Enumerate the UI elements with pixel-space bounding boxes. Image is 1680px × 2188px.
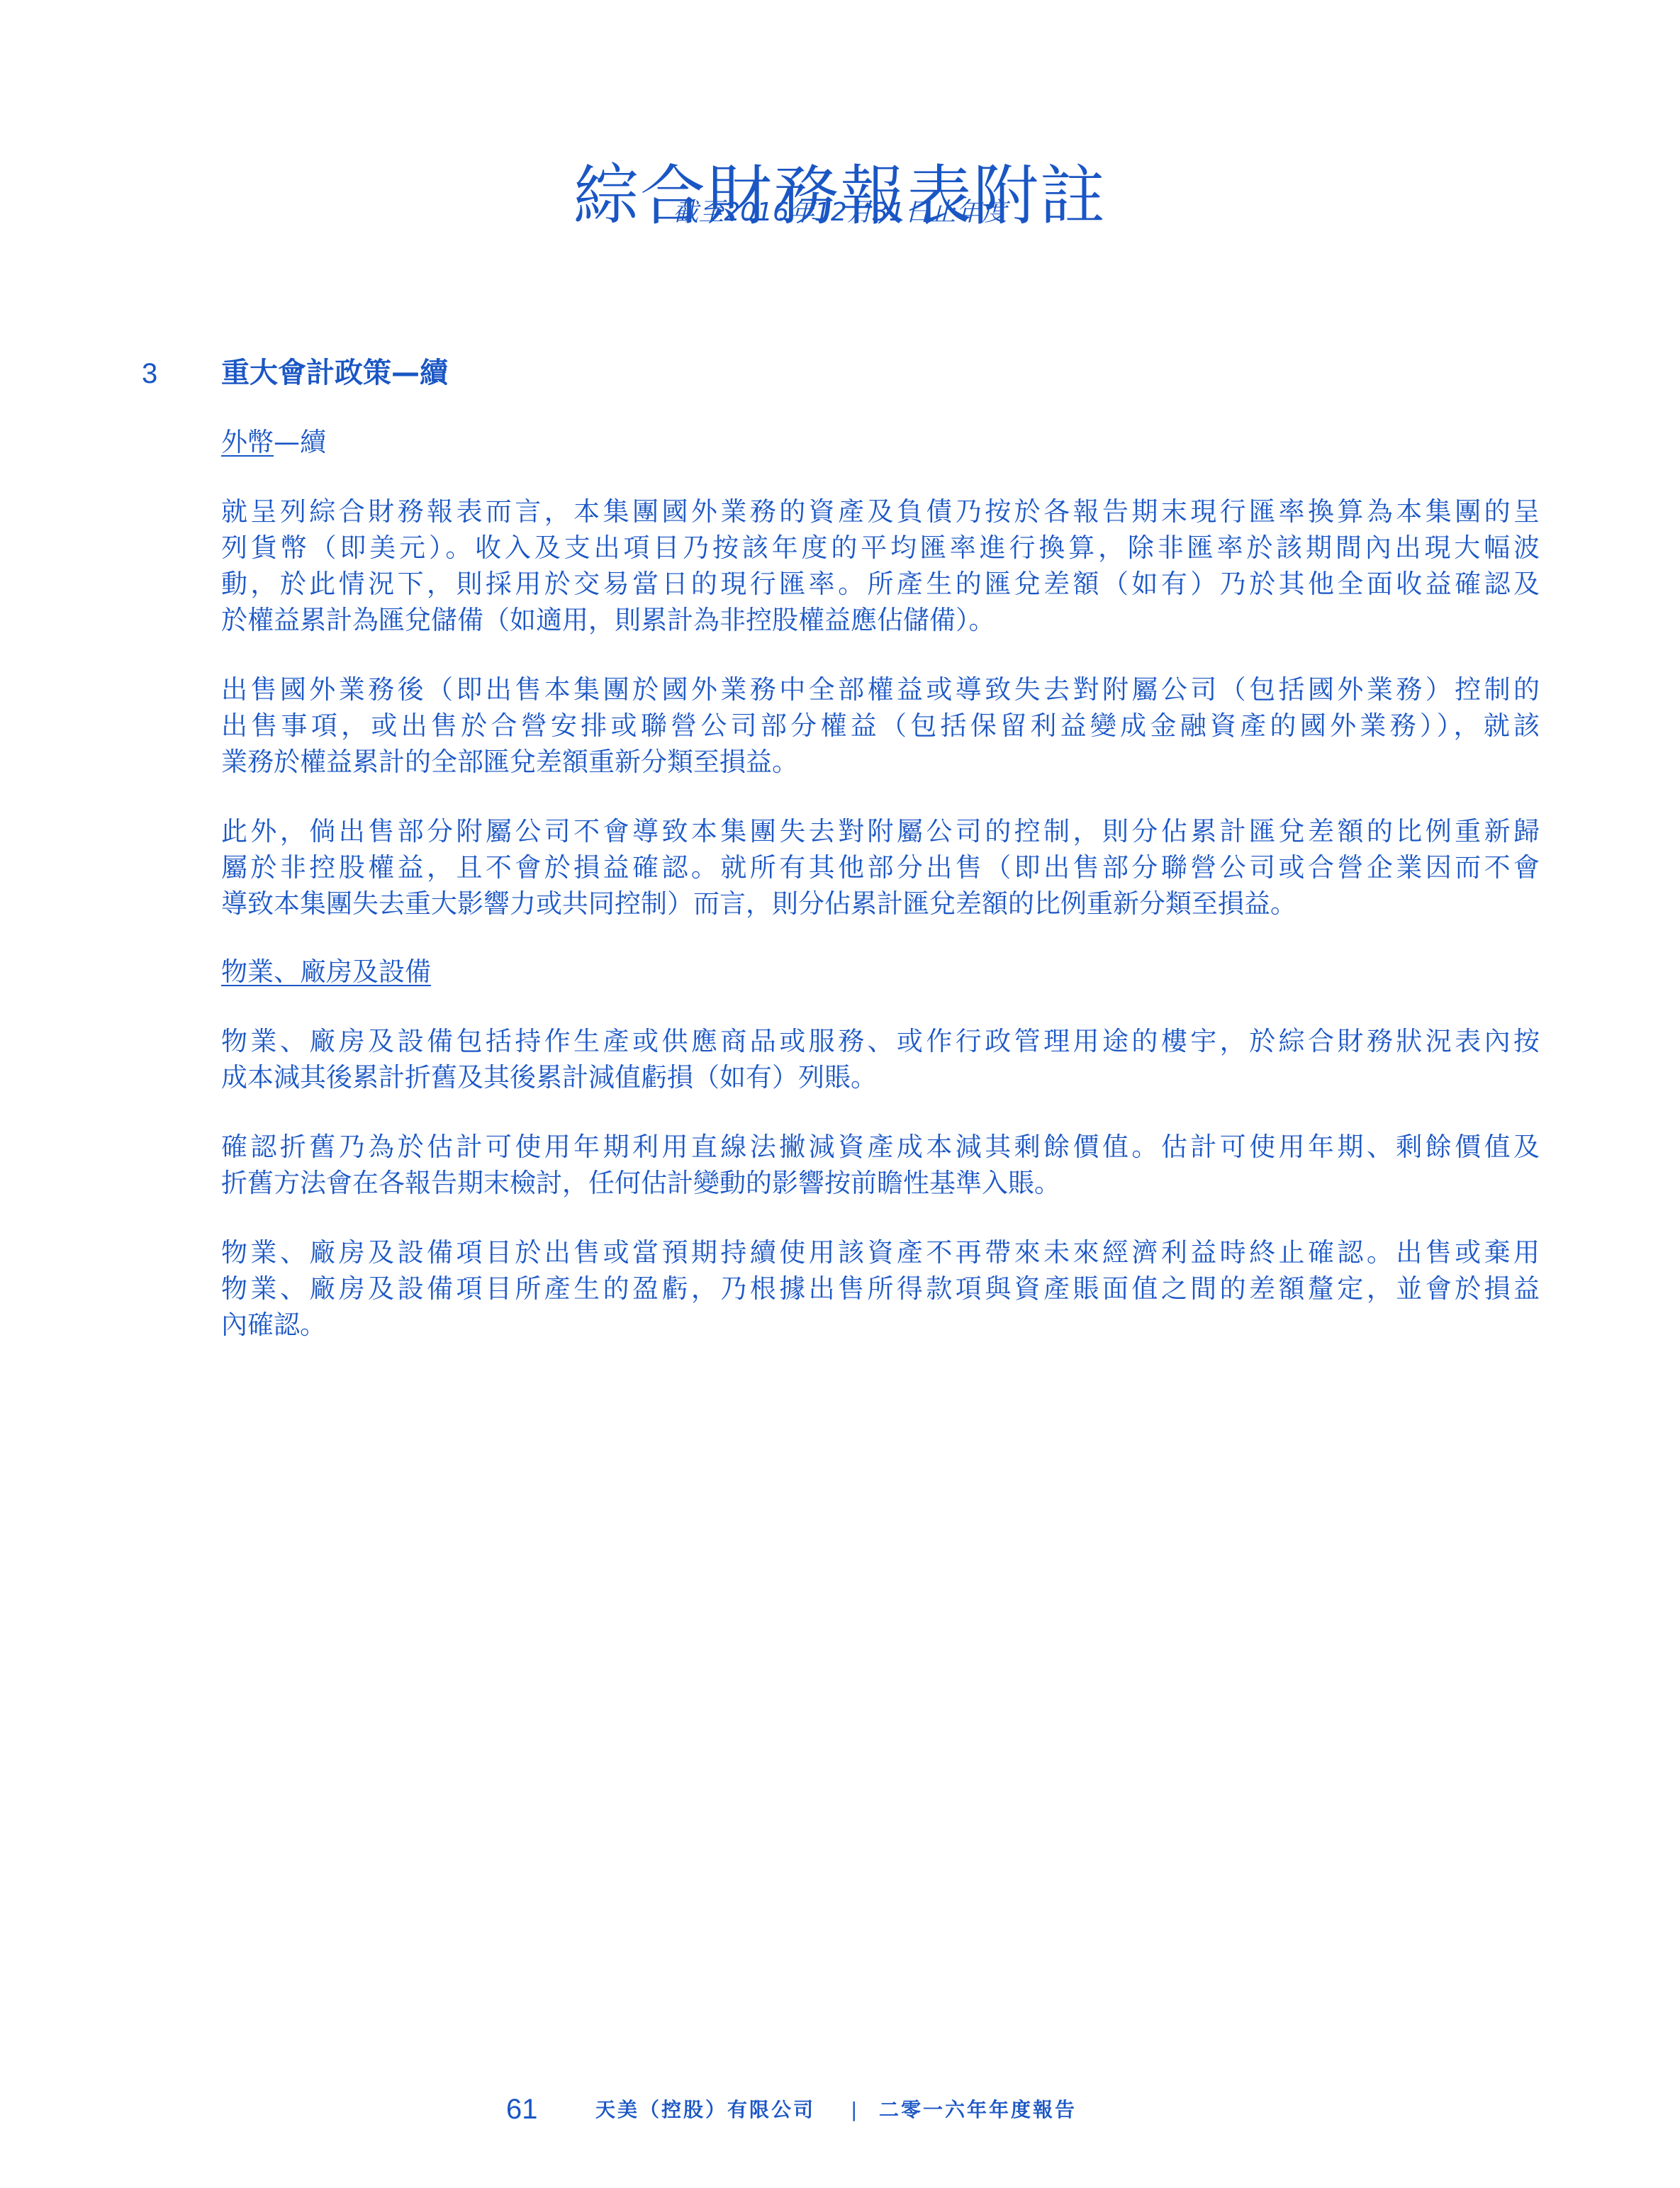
footer-separator: | bbox=[851, 2096, 857, 2124]
subsection-heading-underlined: 物業、廠房及設備 bbox=[221, 956, 431, 987]
section-title: 重大會計政策—續 bbox=[221, 355, 448, 391]
paragraph: 此外，倘出售部分附屬公司不會導致本集團失去對附屬公司的控制，則分佔累計匯兌差額的… bbox=[221, 813, 1540, 922]
paragraph-line: 於權益累計為匯兌儲備（如適用，則累計為非控股權益應佔儲備）。 bbox=[221, 602, 1540, 638]
paragraph: 出售國外業務後（即出售本集團於國外業務中全部權益或導致失去對附屬公司（包括國外業… bbox=[221, 671, 1540, 780]
subsection-heading: 外幣—續 bbox=[221, 425, 1540, 459]
paragraph-line: 導致本集團失去重大影響力或共同控制）而言，則分佔累計匯兌差額的比例重新分類至損益… bbox=[221, 886, 1540, 922]
paragraph-line: 列貨幣（即美元）。收入及支出項目乃按該年度的平均匯率進行換算，除非匯率於該期間內… bbox=[221, 530, 1540, 566]
paragraph-line: 物業、廠房及設備包括持作生產或供應商品或服務、或作行政管理用途的樓宇，於綜合財務… bbox=[221, 1023, 1540, 1059]
paragraph-line: 出售事項，或出售於合營安排或聯營公司部分權益（包括保留利益變成金融資產的國外業務… bbox=[221, 708, 1540, 744]
paragraph-line: 業務於權益累計的全部匯兌差額重新分類至損益。 bbox=[221, 744, 1540, 780]
subsection-foreign-currencies: 外幣—續 就呈列綜合財務報表而言，本集團國外業務的資產及負債乃按於各報告期末現行… bbox=[221, 425, 1540, 922]
footer-report-title: 二零一六年年度報告 bbox=[879, 2096, 1077, 2124]
paragraph-line: 動，於此情況下，則採用於交易當日的現行匯率。所產生的匯兌差額（如有）乃於其他全面… bbox=[221, 566, 1540, 602]
paragraph: 就呈列綜合財務報表而言，本集團國外業務的資產及負債乃按於各報告期末現行匯率換算為… bbox=[221, 493, 1540, 638]
paragraph-line: 成本減其後累計折舊及其後累計減值虧損（如有）列賬。 bbox=[221, 1059, 1540, 1095]
paragraph: 物業、廠房及設備項目於出售或當預期持續使用該資產不再帶來未來經濟利益時終止確認。… bbox=[221, 1234, 1540, 1343]
paragraph-line: 出售國外業務後（即出售本集團於國外業務中全部權益或導致失去對附屬公司（包括國外業… bbox=[221, 671, 1540, 708]
subsection-heading: 物業、廠房及設備 bbox=[221, 955, 1540, 989]
subsection-property-plant-equipment: 物業、廠房及設備 物業、廠房及設備包括持作生產或供應商品或服務、或作行政管理用途… bbox=[221, 955, 1540, 1343]
notes-content: 外幣—續 就呈列綜合財務報表而言，本集團國外業務的資產及負債乃按於各報告期末現行… bbox=[221, 425, 1540, 1376]
footer-company-name: 天美（控股）有限公司 bbox=[595, 2096, 815, 2124]
paragraph-line: 就呈列綜合財務報表而言，本集團國外業務的資產及負債乃按於各報告期末現行匯率換算為… bbox=[221, 493, 1540, 530]
section-number: 3 bbox=[142, 356, 157, 391]
paragraph-line: 物業、廠房及設備項目於出售或當預期持續使用該資產不再帶來未來經濟利益時終止確認。… bbox=[221, 1234, 1540, 1271]
page-subtitle: 截至2016年12月31日止年度 bbox=[0, 197, 1680, 228]
paragraph-line: 屬於非控股權益，且不會於損益確認。就所有其他部分出售（即出售部分聯營公司或合營企… bbox=[221, 849, 1540, 886]
page-footer: 61 天美（控股）有限公司 | 二零一六年年度報告 bbox=[0, 2092, 1680, 2127]
paragraph: 物業、廠房及設備包括持作生產或供應商品或服務、或作行政管理用途的樓宇，於綜合財務… bbox=[221, 1023, 1540, 1095]
paragraph-line: 物業、廠房及設備項目所產生的盈虧，乃根據出售所得款項與資產賬面值之間的差額釐定，… bbox=[221, 1271, 1540, 1307]
paragraph: 確認折舊乃為於估計可使用年期利用直線法撇減資產成本減其剩餘價值。估計可使用年期、… bbox=[221, 1129, 1540, 1201]
paragraph-line: 確認折舊乃為於估計可使用年期利用直線法撇減資產成本減其剩餘價值。估計可使用年期、… bbox=[221, 1129, 1540, 1165]
subsection-heading-underlined: 外幣 bbox=[221, 427, 274, 457]
subsection-heading-suffix: —續 bbox=[274, 427, 326, 457]
paragraph-line: 折舊方法會在各報告期末檢討，任何估計變動的影響按前瞻性基準入賬。 bbox=[221, 1165, 1540, 1201]
paragraph-line: 內確認。 bbox=[221, 1307, 1540, 1343]
page-number: 61 bbox=[506, 2092, 538, 2127]
paragraph-line: 此外，倘出售部分附屬公司不會導致本集團失去對附屬公司的控制，則分佔累計匯兌差額的… bbox=[221, 813, 1540, 849]
